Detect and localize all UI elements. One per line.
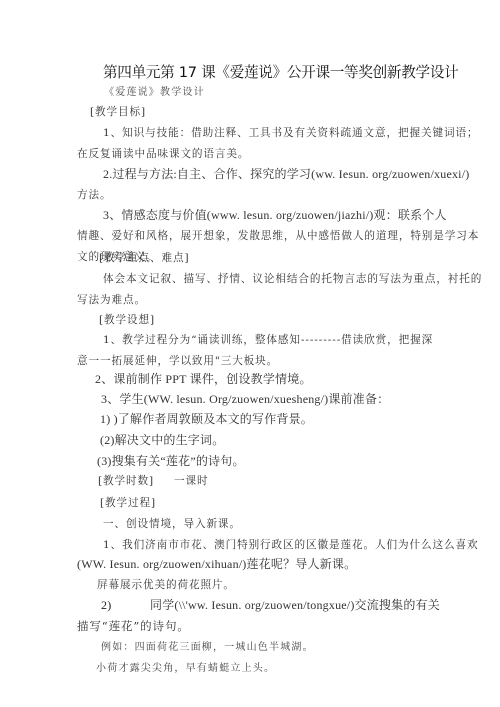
document-subtitle: 《爱莲说》教学设计 xyxy=(104,86,205,100)
plan-heading: [教学设想] xyxy=(99,313,155,327)
objectives-item3-cont1: 情趣、爱好和风格，展开想象，发散思维，从中感悟做人的道理，特别是学习本 xyxy=(77,229,479,243)
keypoints-line1: 体会本文记叙、描写、抒情、议论相结合的托物言志的写法为重点，衬托的 xyxy=(103,272,482,286)
keypoints-heading: [教学重点、难点] xyxy=(99,251,190,265)
document-title: 第四单元第 17 课《爱莲说》公开课一等奖创新教学设计 xyxy=(103,61,458,82)
plan-item2: 2、课前制作 PPT 课件，创设教学情境。 xyxy=(95,372,312,386)
process-example1: 例如：四面荷花三面柳，一城山色半城湖。 xyxy=(101,641,314,655)
process-step1: 一、创设情境，导入新课。 xyxy=(103,517,241,531)
plan-item1: 1、教学过程分为“诵读训练，整体感知---------借读欣赏，把握深 xyxy=(103,333,433,347)
objectives-item2-cont: 方法。 xyxy=(77,188,111,202)
process-p2-line2: 描写“莲花”的诗句。 xyxy=(77,619,190,633)
hours-heading: [教学时数] xyxy=(98,474,154,488)
plan-item3: 3、学生(WW. lesun. Org/zuowen/xuesheng/)课前准… xyxy=(101,392,389,406)
plan-sub1: 1) )了解作者周敦颐及本文的写作背景。 xyxy=(100,412,313,426)
process-p1-line2: (WW. Iesun. org/zuowen/xihuan/)莲花呢？导人新课。 xyxy=(77,557,356,571)
process-p1-line3: 屏幕展示优美的荷花照片。 xyxy=(97,578,235,592)
process-p1-line1: 1、我们济南市市花、澳门特别行政区的区徽是莲花。人们为什么这么喜欢 xyxy=(103,538,478,552)
plan-sub3: (3)搜集有关“莲花”的诗句。 xyxy=(97,454,245,468)
keypoints-line2: 写法为难点。 xyxy=(77,293,146,307)
process-heading: [教学过程] xyxy=(100,496,156,510)
plan-sub2: (2)解决文中的生字词。 xyxy=(100,433,224,447)
process-p2-num: 2) xyxy=(101,598,111,612)
objectives-item3: 3、情感态度与价值(www. lesun. org/zuowen/jiazhi/… xyxy=(103,208,447,222)
objectives-item1: 1、知识与技能：借助注释、工具书及有关资料疏通文意，把握关键词语； xyxy=(103,126,478,140)
objectives-heading: [教学目标] xyxy=(90,105,146,119)
hours-value: 一课时 xyxy=(174,474,208,488)
document-page: 第四单元第 17 课《爱莲说》公开课一等奖创新教学设计 《爱莲说》教学设计 [教… xyxy=(0,0,500,707)
process-p2-line1: 同学(\\'ww. Iesun. org/zuowen/tongxue/)交流搜… xyxy=(150,598,440,612)
plan-item1-cont: 意一一拓展延伸，学以致用"三大板块。 xyxy=(77,354,278,368)
objectives-item2: 2.过程与方法:自主、合作、探究的学习(ww. Iesun. org/zuowe… xyxy=(103,167,469,181)
objectives-item1-cont: 在反复诵读中品味课文的语言美。 xyxy=(77,147,249,161)
process-example2: 小荷才露尖尖角，早有蜻蜓立上头。 xyxy=(96,662,275,676)
